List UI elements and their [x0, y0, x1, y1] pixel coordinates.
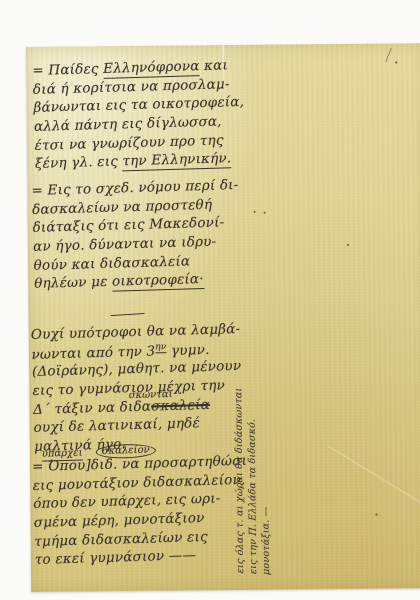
- paper-wrinkle: [328, 445, 420, 504]
- paper-scratch: [385, 48, 392, 62]
- scan-background: = Παίδες Ελληνόφρονα και διά ή κορίτσια …: [0, 0, 420, 600]
- line-text: = Παίδες: [32, 61, 103, 79]
- underlined-word: Ελληνόφρονα: [103, 58, 200, 78]
- handwriting-paragraph-4: υπάρχει σκαλείον = Όπου]διδ. να προσαρτη…: [32, 453, 250, 571]
- paper-speck: [347, 244, 349, 246]
- superscript-text: ην: [155, 342, 167, 353]
- margin-note-rotated-block: εις όλας τ. αι χώραι θα διδάσκωνται εις …: [233, 377, 274, 575]
- line-text: και: [199, 57, 228, 74]
- handwriting-paragraph-3: Ουχί υπότροφοι θα να λαμβά- νωνται από τ…: [31, 321, 244, 458]
- line-text: νωνται από την 3: [31, 343, 155, 363]
- inserted-word: υπάρχει: [42, 448, 83, 462]
- paper-speck: [254, 211, 256, 213]
- handwriting-paragraph-1: = Παίδες Ελληνόφρονα και διά ή κορίτσια …: [32, 57, 246, 175]
- inserted-word: σκωνται: [129, 389, 173, 401]
- handwriting-paragraph-2: = Εις το σχεδ. νόμου περί δι- δασκαλείων…: [31, 177, 241, 295]
- underlined-word: οικοτροφεία·: [112, 271, 204, 291]
- paper-speck: [375, 514, 377, 516]
- line-text: Δ΄ τάξιν να διδα: [33, 398, 152, 417]
- line-text: θηλέων με: [34, 274, 112, 292]
- manuscript-page: = Παίδες Ελληνόφρονα και διά ή κορίτσια …: [26, 43, 420, 592]
- line-text: γυμν.: [166, 342, 209, 359]
- underlined-word: την Ελληνικήν.: [122, 151, 231, 172]
- paper-speck: [264, 212, 266, 214]
- margin-note-line: μονοτάξια. —: [259, 379, 274, 576]
- paper-speck: [395, 61, 397, 63]
- line-text: ξένη γλ. εις: [35, 154, 123, 173]
- section-divider: [111, 313, 145, 316]
